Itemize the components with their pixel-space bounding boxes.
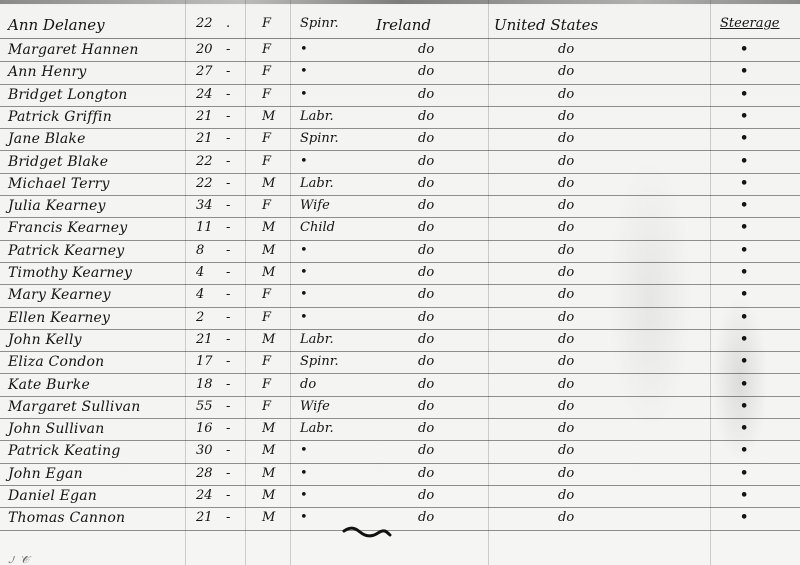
destination: do [558, 398, 574, 416]
passenger-name: Patrick Griffin [8, 108, 112, 126]
table-row: Julia Kearney34-FWifedodo• [0, 195, 800, 218]
passenger-occupation: • [300, 242, 308, 260]
destination: do [558, 108, 574, 126]
passenger-age: 4 [196, 286, 204, 304]
passenger-sex: M [262, 219, 275, 237]
separator-mark: - [226, 264, 230, 282]
passenger-occupation: • [300, 286, 308, 304]
passenger-occupation: Spinr. [300, 16, 339, 31]
passage-class: • [740, 153, 748, 171]
destination: do [558, 420, 574, 438]
passenger-occupation: • [300, 442, 308, 460]
passenger-age: 34 [196, 197, 213, 215]
passenger-occupation: Spinr. [300, 130, 339, 148]
passenger-name: Ellen Kearney [8, 309, 110, 327]
passenger-age: 55 [196, 398, 213, 416]
country-of-origin: do [418, 509, 434, 527]
ink-squiggle-mark [342, 525, 392, 539]
passenger-sex: M [262, 442, 275, 460]
passenger-name: Timothy Kearney [8, 264, 132, 282]
passenger-sex: M [262, 108, 275, 126]
passenger-age: 30 [196, 442, 213, 460]
passage-class: • [740, 197, 748, 215]
country-of-origin: do [418, 398, 434, 416]
passenger-sex: M [262, 465, 275, 483]
passenger-occupation: • [300, 41, 308, 59]
passenger-occupation: • [300, 509, 308, 527]
separator-mark: . [226, 16, 230, 31]
passenger-name: Kate Burke [8, 376, 90, 394]
passenger-sex: M [262, 331, 275, 349]
passenger-sex: F [262, 309, 271, 327]
passenger-name: Ann Henry [8, 63, 87, 81]
passenger-sex: F [262, 86, 271, 104]
table-row: Margaret Hannen20-F•dodo• [0, 39, 800, 62]
destination: do [558, 442, 574, 460]
destination: do [558, 242, 574, 260]
destination: do [558, 487, 574, 505]
country-of-origin: do [418, 487, 434, 505]
destination: do [558, 309, 574, 327]
passenger-sex: F [262, 63, 271, 81]
passenger-occupation: • [300, 264, 308, 282]
passenger-sex: M [262, 242, 275, 260]
separator-mark: - [226, 353, 230, 371]
passenger-name: Francis Kearney [8, 219, 127, 237]
country-of-origin: do [418, 108, 434, 126]
cut-off-row: ℐ 𝒞 [0, 556, 800, 565]
table-row: Jane Blake21-FSpinr.dodo• [0, 128, 800, 151]
separator-mark: - [226, 309, 230, 327]
table-row: Margaret Sullivan55-FWifedodo• [0, 396, 800, 419]
passenger-sex: M [262, 264, 275, 282]
passenger-age: 24 [196, 86, 213, 104]
passage-class: • [740, 398, 748, 416]
separator-mark: - [226, 331, 230, 349]
table-row: John Egan28-M•dodo• [0, 463, 800, 486]
passenger-name: Eliza Condon [8, 353, 104, 371]
manifest-page: Ann Delaney 22 . F Spinr. Ireland United… [0, 0, 800, 565]
passenger-sex: M [262, 420, 275, 438]
passenger-age: 21 [196, 331, 213, 349]
passenger-age: 22 [196, 153, 213, 171]
table-row: Thomas Cannon21-M•dodo• [0, 507, 800, 530]
country-of-origin: do [418, 286, 434, 304]
passenger-occupation: • [300, 465, 308, 483]
passenger-age: 27 [196, 63, 213, 81]
passenger-age: 21 [196, 130, 213, 148]
country-of-origin: do [418, 242, 434, 260]
separator-mark: - [226, 420, 230, 438]
table-row: Bridget Blake22-F•dodo• [0, 151, 800, 174]
passenger-name: John Sullivan [8, 420, 104, 438]
separator-mark: - [226, 130, 230, 148]
passenger-sex: F [262, 130, 271, 148]
passenger-age: 18 [196, 376, 213, 394]
country-of-origin: do [418, 175, 434, 193]
table-row: Ellen Kearney2-F•dodo• [0, 307, 800, 330]
separator-mark: - [226, 242, 230, 260]
passenger-occupation: do [300, 376, 316, 394]
passenger-age: 4 [196, 264, 204, 282]
separator-mark: - [226, 41, 230, 59]
passenger-occupation: Labr. [300, 108, 334, 126]
separator-mark: - [226, 487, 230, 505]
country-of-origin: do [418, 420, 434, 438]
passage-class: • [740, 63, 748, 81]
country-of-origin: do [418, 219, 434, 237]
passenger-occupation: Labr. [300, 331, 334, 349]
country-of-origin: do [418, 353, 434, 371]
passage-class: • [740, 264, 748, 282]
passenger-occupation: Wife [300, 197, 330, 215]
passenger-sex: F [262, 398, 271, 416]
table-row: Ann Henry27-F•dodo• [0, 61, 800, 84]
destination: do [558, 509, 574, 527]
passenger-age: 21 [196, 108, 213, 126]
table-row: John Sullivan16-MLabr.dodo• [0, 418, 800, 441]
destination: do [558, 63, 574, 81]
passage-class: • [740, 286, 748, 304]
passenger-name: Michael Terry [8, 175, 110, 193]
country-of-origin: do [418, 376, 434, 394]
cut-off-text: ℐ 𝒞 [8, 556, 30, 565]
passenger-occupation: Labr. [300, 420, 334, 438]
table-row: Patrick Keating30-M•dodo• [0, 440, 800, 463]
separator-mark: - [226, 376, 230, 394]
country-of-origin: do [418, 197, 434, 215]
table-row: John Kelly21-MLabr.dodo• [0, 329, 800, 352]
table-row: Mary Kearney4-F•dodo• [0, 284, 800, 307]
country-of-origin: do [418, 264, 434, 282]
passage-class: • [740, 309, 748, 327]
country-of-origin: Ireland [376, 16, 431, 34]
passenger-occupation: • [300, 86, 308, 104]
passage-class: • [740, 353, 748, 371]
passenger-name: Patrick Keating [8, 442, 121, 460]
passenger-name: John Kelly [8, 331, 82, 349]
table-row: Michael Terry22-MLabr.dodo• [0, 173, 800, 196]
passenger-name: Thomas Cannon [8, 509, 125, 527]
destination: do [558, 41, 574, 59]
passenger-age: 11 [196, 219, 213, 237]
passage-class: • [740, 331, 748, 349]
passenger-name: Bridget Longton [8, 86, 128, 104]
destination: do [558, 130, 574, 148]
country-of-origin: do [418, 41, 434, 59]
table-row: Timothy Kearney4-M•dodo• [0, 262, 800, 285]
country-of-origin: do [418, 86, 434, 104]
passenger-name: Ann Delaney [8, 16, 105, 34]
country-of-origin: do [418, 442, 434, 460]
passenger-age: 22 [196, 16, 213, 31]
destination: do [558, 286, 574, 304]
passenger-occupation: • [300, 487, 308, 505]
separator-mark: - [226, 175, 230, 193]
separator-mark: - [226, 219, 230, 237]
passenger-name: Julia Kearney [8, 197, 106, 215]
passenger-name: John Egan [8, 465, 83, 483]
separator-mark: - [226, 286, 230, 304]
destination: do [558, 175, 574, 193]
country-of-origin: do [418, 63, 434, 81]
table-row: Francis Kearney11-MChilddodo• [0, 217, 800, 240]
passenger-occupation: Labr. [300, 175, 334, 193]
separator-mark: - [226, 108, 230, 126]
destination: do [558, 353, 574, 371]
passage-class: • [740, 420, 748, 438]
passenger-age: 20 [196, 41, 213, 59]
table-row: Patrick Griffin21-MLabr.dodo• [0, 106, 800, 129]
country-of-origin: do [418, 465, 434, 483]
passenger-age: 21 [196, 509, 213, 527]
separator-mark: - [226, 153, 230, 171]
table-row: Bridget Longton24-F•dodo• [0, 84, 800, 107]
passenger-age: 2 [196, 309, 204, 327]
passenger-name: Bridget Blake [8, 153, 108, 171]
passenger-occupation: Child [300, 219, 335, 237]
table-row: Kate Burke18-Fdododo• [0, 374, 800, 397]
country-of-origin: do [418, 331, 434, 349]
passenger-age: 24 [196, 487, 213, 505]
passage-class: • [740, 242, 748, 260]
passage-class: • [740, 465, 748, 483]
passenger-sex: F [262, 376, 271, 394]
passenger-sex: F [262, 286, 271, 304]
separator-mark: - [226, 63, 230, 81]
page-top-edge [0, 0, 800, 4]
destination: do [558, 153, 574, 171]
passage-class: Steerage [720, 16, 780, 31]
passage-class: • [740, 86, 748, 104]
destination: do [558, 197, 574, 215]
table-row: Daniel Egan24-M•dodo• [0, 485, 800, 508]
separator-mark: - [226, 465, 230, 483]
passenger-age: 22 [196, 175, 213, 193]
passenger-name: Mary Kearney [8, 286, 111, 304]
passage-class: • [740, 130, 748, 148]
passenger-sex: M [262, 509, 275, 527]
passenger-sex: F [262, 197, 271, 215]
passenger-sex: F [262, 153, 271, 171]
passage-class: • [740, 175, 748, 193]
table-row: Eliza Condon17-FSpinr.dodo• [0, 351, 800, 374]
passenger-age: 28 [196, 465, 213, 483]
destination: do [558, 264, 574, 282]
passage-class: • [740, 442, 748, 460]
destination: do [558, 465, 574, 483]
passage-class: • [740, 108, 748, 126]
passenger-name: Daniel Egan [8, 487, 97, 505]
passenger-occupation: Spinr. [300, 353, 339, 371]
destination: United States [494, 16, 598, 34]
passenger-occupation: • [300, 153, 308, 171]
separator-mark: - [226, 398, 230, 416]
passenger-age: 17 [196, 353, 213, 371]
passage-class: • [740, 376, 748, 394]
country-of-origin: do [418, 309, 434, 327]
passage-class: • [740, 41, 748, 59]
passenger-sex: M [262, 175, 275, 193]
passenger-name: Jane Blake [8, 130, 86, 148]
separator-mark: - [226, 442, 230, 460]
passage-class: • [740, 219, 748, 237]
passenger-name: Patrick Kearney [8, 242, 124, 260]
separator-mark: - [226, 509, 230, 527]
passenger-occupation: Wife [300, 398, 330, 416]
destination: do [558, 331, 574, 349]
table-row: Patrick Kearney8-M•dodo• [0, 240, 800, 263]
passenger-name: Margaret Sullivan [8, 398, 140, 416]
destination: do [558, 376, 574, 394]
manifest-first-row: Ann Delaney 22 . F Spinr. Ireland United… [0, 14, 800, 39]
destination: do [558, 86, 574, 104]
passenger-sex: F [262, 353, 271, 371]
passage-class: • [740, 509, 748, 527]
passenger-age: 16 [196, 420, 213, 438]
passenger-age: 8 [196, 242, 204, 260]
passenger-occupation: • [300, 309, 308, 327]
passenger-name: Margaret Hannen [8, 41, 139, 59]
passenger-sex: F [262, 41, 271, 59]
passenger-sex: M [262, 487, 275, 505]
destination: do [558, 219, 574, 237]
country-of-origin: do [418, 130, 434, 148]
passenger-occupation: • [300, 63, 308, 81]
passage-class: • [740, 487, 748, 505]
separator-mark: - [226, 197, 230, 215]
country-of-origin: do [418, 153, 434, 171]
separator-mark: - [226, 86, 230, 104]
passenger-sex: F [262, 16, 271, 31]
